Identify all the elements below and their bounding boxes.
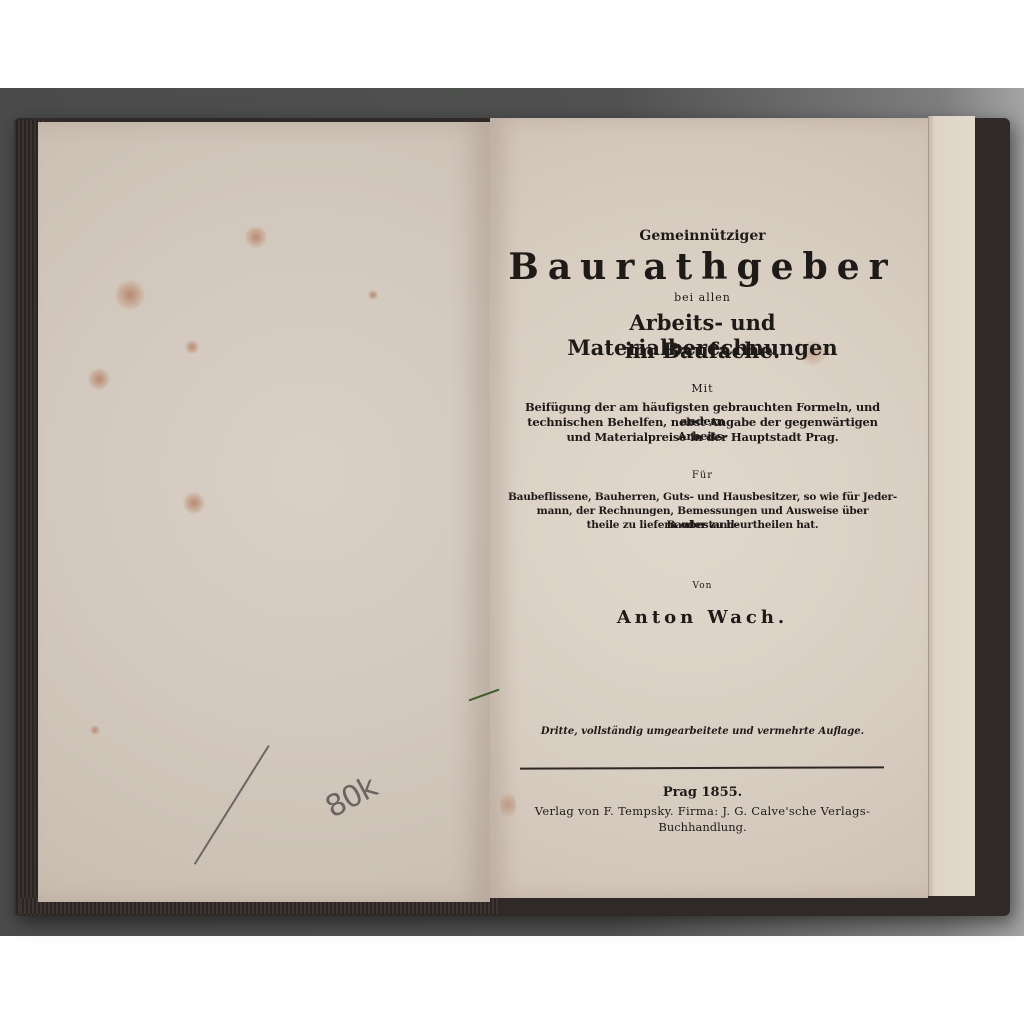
title-connector: bei allen — [505, 291, 900, 304]
foxing-stain — [368, 290, 378, 300]
book-title: Baurathgeber — [505, 246, 900, 288]
pre-title: Gemeinnütziger — [505, 228, 900, 244]
edition-note: Dritte, vollständig umgearbeitete und ve… — [505, 726, 900, 737]
place-year: Prag 1855. — [505, 785, 900, 800]
description-line: und Materialpreise in der Hauptstadt Pra… — [505, 430, 900, 444]
fuer-label: Für — [505, 470, 900, 481]
foxing-stain — [90, 725, 100, 735]
author-name: Anton Wach. — [505, 607, 900, 628]
foxing-stain — [115, 280, 145, 310]
foxing-stain — [183, 492, 205, 514]
foxing-stain — [88, 368, 110, 390]
foxing-stain — [245, 226, 267, 248]
publisher-line-1: Verlag von F. Tempsky. Firma: J. G. Calv… — [505, 804, 900, 818]
subtitle-line-2: im Baufache. — [505, 338, 900, 363]
audience-line: theile zu liefern oder zu beurtheilen ha… — [505, 518, 900, 532]
page-edge-strip — [928, 116, 975, 896]
foxing-stain — [185, 340, 199, 354]
von-label: Von — [505, 581, 900, 591]
mit-label: Mit — [505, 382, 900, 395]
publisher-line-2: Buchhandlung. — [505, 820, 900, 834]
audience-line: Baubeflissene, Bauherren, Guts- und Haus… — [505, 490, 900, 504]
